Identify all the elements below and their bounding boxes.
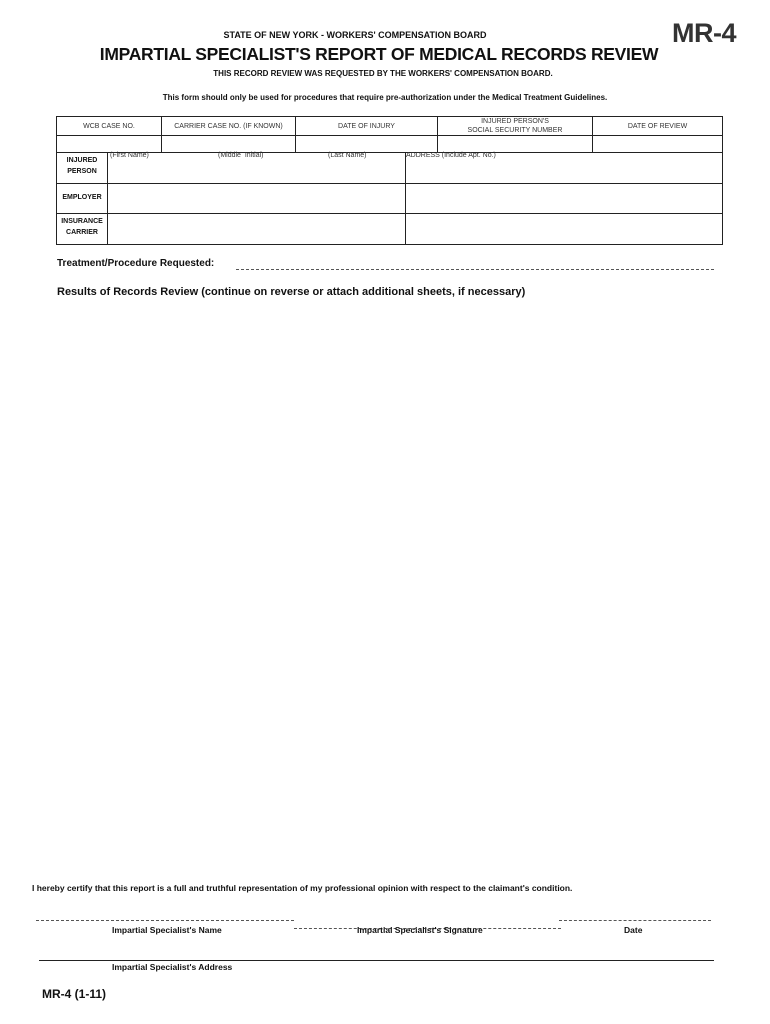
injured-person-address-input[interactable] xyxy=(407,163,724,183)
usage-note: This form should only be used for proced… xyxy=(0,93,770,102)
insurance-carrier-label-line1: INSURANCE xyxy=(57,216,107,227)
date-of-injury-input[interactable] xyxy=(297,137,439,153)
insurance-carrier-address-input[interactable] xyxy=(407,216,724,244)
agency-name-text: STATE OF NEW YORK - WORKERS' COMPENSATIO… xyxy=(224,30,487,40)
injured-person-label: INJURED PERSON xyxy=(57,155,107,177)
certification-date-label: Date xyxy=(624,925,642,935)
employer-address-input[interactable] xyxy=(407,186,724,213)
employer-label: EMPLOYER xyxy=(57,192,107,203)
ssn-label-line1: INJURED PERSON'S xyxy=(438,117,592,126)
specialist-signature-label: Impartial Specialist's Signature xyxy=(357,925,483,935)
date-of-review-label: DATE OF REVIEW xyxy=(593,122,722,131)
ssn-input[interactable] xyxy=(439,137,594,153)
insurance-carrier-label-line2: CARRIER xyxy=(57,227,107,238)
certification-date-input[interactable] xyxy=(559,906,715,921)
middle-initial-hint: (Middle Initial) xyxy=(218,152,264,159)
specialist-name-label: Impartial Specialist's Name xyxy=(112,925,222,935)
table-divider xyxy=(107,152,108,245)
table-divider xyxy=(56,213,723,214)
certification-statement: I hereby certify that this report is a f… xyxy=(32,883,572,893)
wcb-case-no-input[interactable] xyxy=(58,137,163,153)
employer-name-input[interactable] xyxy=(109,186,407,213)
form-title: IMPARTIAL SPECIALIST'S REPORT OF MEDICAL… xyxy=(0,44,770,65)
table-divider xyxy=(56,135,723,136)
requested-by-text: THIS RECORD REVIEW WAS REQUESTED BY THE … xyxy=(213,69,552,78)
table-border xyxy=(56,244,723,245)
insurance-carrier-label: INSURANCE CARRIER xyxy=(57,216,107,238)
specialist-address-label: Impartial Specialist's Address xyxy=(112,962,232,972)
agency-name: STATE OF NEW YORK - WORKERS' COMPENSATIO… xyxy=(0,30,770,40)
treatment-requested-input[interactable] xyxy=(238,257,716,271)
last-name-hint: (Last Name) xyxy=(328,152,367,159)
date-of-injury-label: DATE OF INJURY xyxy=(296,122,437,131)
treatment-requested-label: Treatment/Procedure Requested: xyxy=(57,258,214,269)
specialist-address-input[interactable] xyxy=(39,945,718,961)
results-label: Results of Records Review (continue on r… xyxy=(57,286,525,298)
address-hint: ADDRESS (Include Apt. No.) xyxy=(406,152,496,159)
wcb-case-no-label: WCB CASE NO. xyxy=(57,122,161,131)
form-title-text: IMPARTIAL SPECIALIST'S REPORT OF MEDICAL… xyxy=(100,44,658,64)
carrier-case-no-input[interactable] xyxy=(163,137,297,153)
insurance-carrier-name-input[interactable] xyxy=(109,216,407,244)
table-divider xyxy=(56,183,723,184)
requested-by-note: THIS RECORD REVIEW WAS REQUESTED BY THE … xyxy=(0,69,770,78)
usage-note-text: This form should only be used for proced… xyxy=(163,93,608,102)
first-name-hint: (First Name) xyxy=(110,152,149,159)
injured-person-label-line2: PERSON xyxy=(57,166,107,177)
table-border xyxy=(56,116,723,117)
specialist-name-input[interactable] xyxy=(36,906,298,921)
results-textarea[interactable] xyxy=(57,305,726,869)
ssn-label: INJURED PERSON'S SOCIAL SECURITY NUMBER xyxy=(438,117,592,135)
ssn-label-line2: SOCIAL SECURITY NUMBER xyxy=(438,126,592,135)
carrier-case-no-label: CARRIER CASE NO. (IF KNOWN) xyxy=(162,122,295,131)
injured-person-name-input[interactable] xyxy=(109,163,407,183)
injured-person-label-line1: INJURED xyxy=(57,155,107,166)
date-of-review-input[interactable] xyxy=(594,137,724,153)
form-revision: MR-4 (1-11) xyxy=(42,987,106,1001)
